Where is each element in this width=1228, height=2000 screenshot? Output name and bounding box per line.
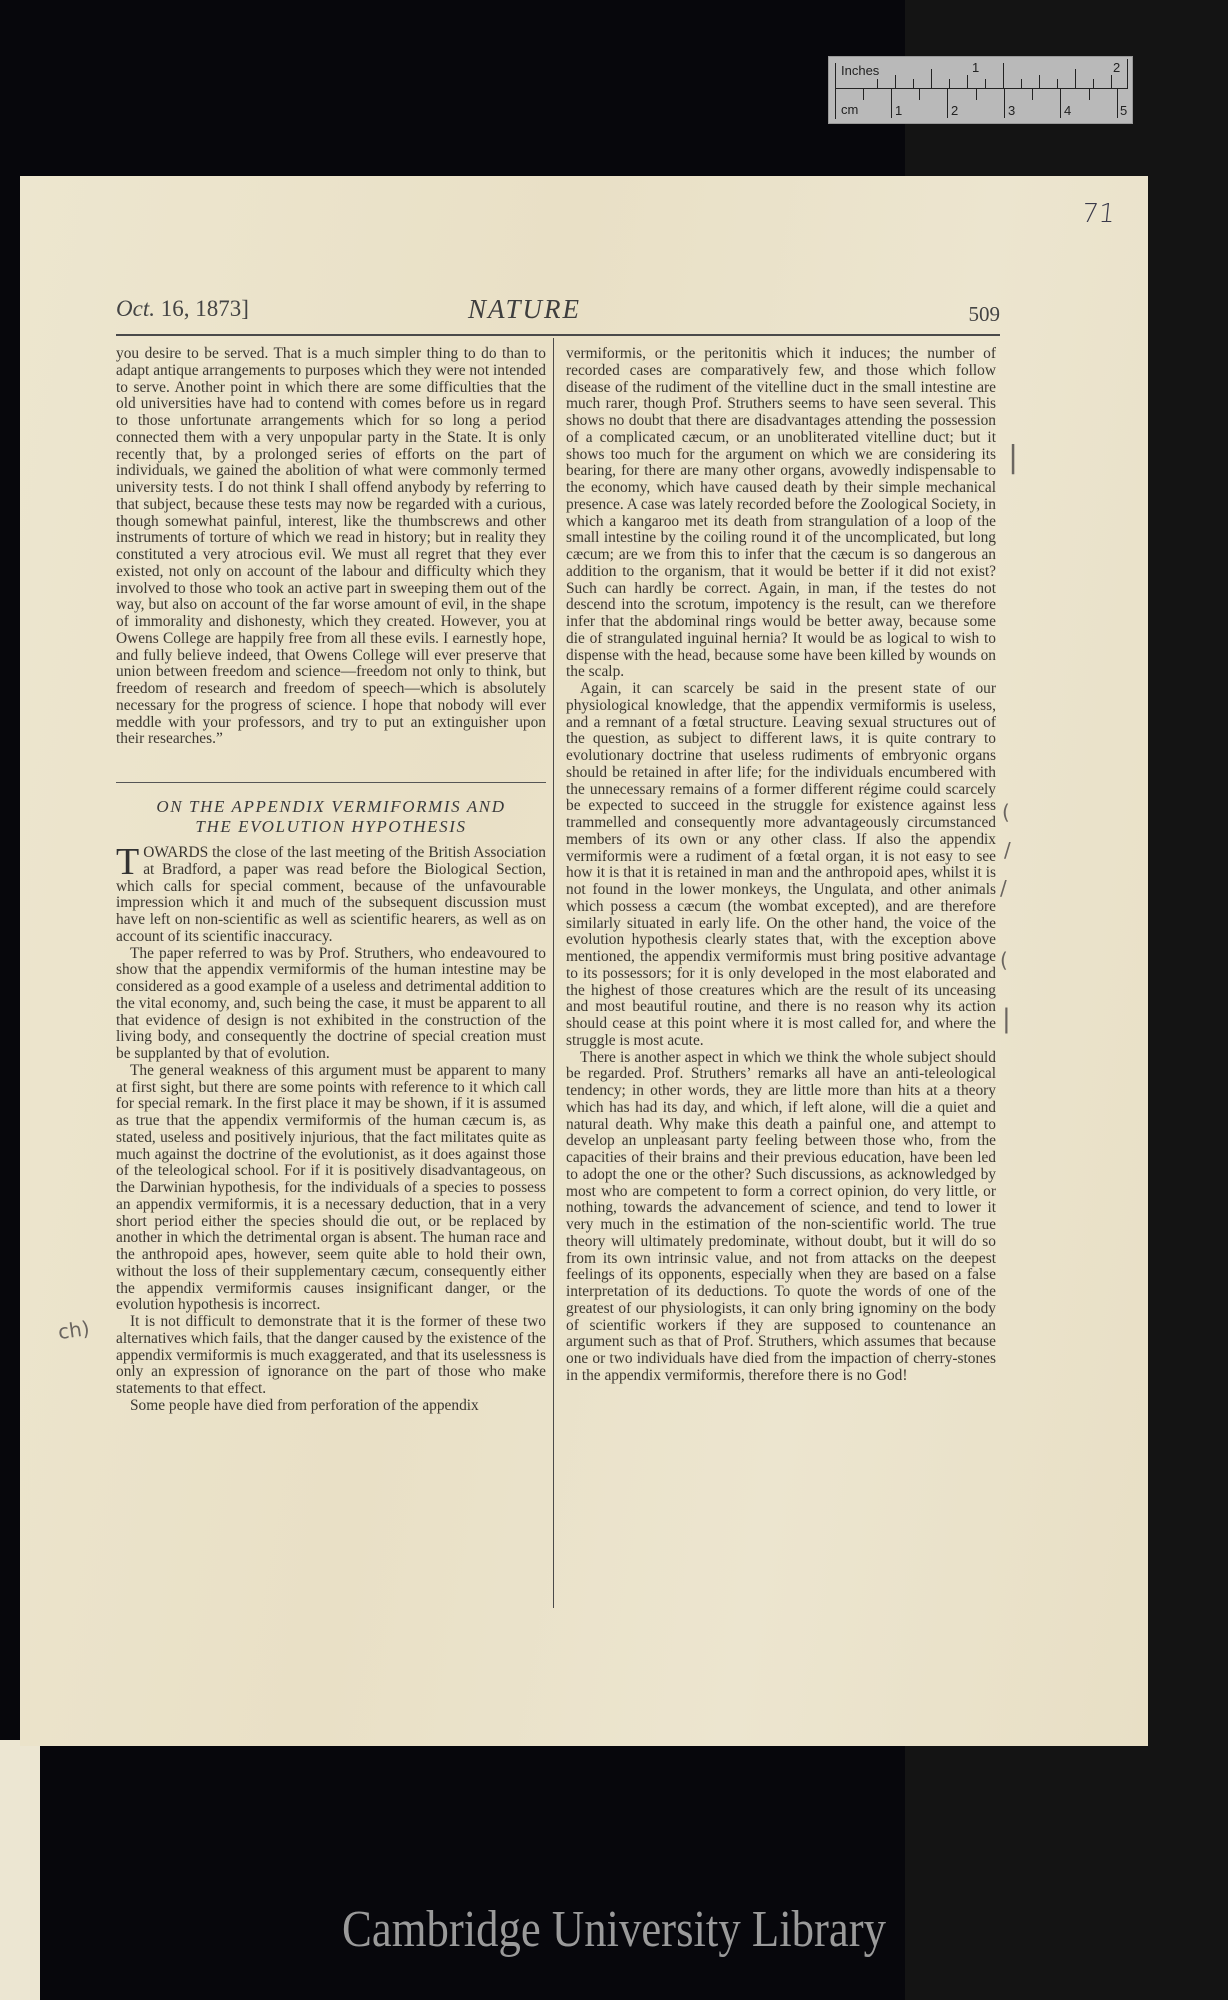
article-paragraph-1-text: OWARDS the close of the last meeting of … [116, 844, 546, 945]
scale-bar-cm-4: 4 [1064, 103, 1071, 118]
page-edge-strip [0, 1740, 40, 2000]
previous-article-continuation: you desire to be served. That is a much … [116, 346, 546, 748]
header-rule [116, 334, 1000, 336]
margin-mark-5: ( [1000, 948, 1008, 972]
margin-mark-2: ( [1002, 800, 1010, 824]
column-divider [553, 338, 554, 1608]
article-paragraph-2: The paper referred to was by Prof. Strut… [116, 946, 546, 1063]
article-title-line-1: ON THE APPENDIX VERMIFORMIS AND [116, 797, 546, 817]
issue-date-month: Oct. [116, 296, 155, 321]
running-head: Oct. 16, 1873] NATURE 509 [116, 296, 1000, 336]
article-paragraph-5: Some people have died from perforation o… [116, 1398, 546, 1415]
right-column: vermiformis, or the peritonitis which it… [566, 346, 996, 1385]
margin-annotation-left: ch) [56, 1316, 91, 1344]
scale-bar-cm-1: 1 [895, 103, 902, 118]
issue-date: Oct. 16, 1873] [116, 296, 249, 322]
margin-mark-3: / [1004, 838, 1011, 862]
article-paragraph-4: It is not difficult to demonstrate that … [116, 1314, 546, 1398]
issue-date-rest: 16, 1873] [155, 296, 249, 321]
scale-bar-cm-5: 5 [1120, 103, 1127, 118]
scale-bar: Inches cm 1 2 1 2 3 4 5 [828, 56, 1133, 124]
scale-bar-inch-2: 2 [1113, 60, 1120, 75]
journal-title: NATURE [468, 294, 581, 325]
article-paragraph-6: vermiformis, or the peritonitis which it… [566, 346, 996, 681]
scale-bar-inch-1: 1 [972, 60, 979, 75]
drop-cap: T [116, 847, 139, 877]
article-paragraph-1: TOWARDS the close of the last meeting of… [116, 845, 546, 946]
scale-bar-axis [835, 88, 1128, 89]
margin-mark-4: / [1000, 876, 1007, 900]
article-paragraph-8: There is another aspect in which we thin… [566, 1050, 996, 1385]
folio-annotation: 71 [1080, 199, 1116, 229]
article-title-line-2: THE EVOLUTION HYPOTHESIS [116, 817, 546, 837]
left-column: you desire to be served. That is a much … [116, 346, 546, 1415]
article-title: ON THE APPENDIX VERMIFORMIS AND THE EVOL… [116, 797, 546, 837]
article-paragraph-7: Again, it can scarcely be said in the pr… [566, 681, 996, 1050]
section-rule [116, 782, 546, 783]
margin-mark-1: | [1008, 440, 1018, 475]
library-watermark: Cambridge University Library [86, 1900, 1142, 1959]
scale-bar-cm-2: 2 [951, 103, 958, 118]
page-number: 509 [969, 302, 1001, 327]
scale-bar-cm-3: 3 [1008, 103, 1015, 118]
scale-bar-cm-label: cm [841, 102, 858, 117]
article-paragraph-3: The general weakness of this argument mu… [116, 1063, 546, 1314]
margin-mark-6: | [1002, 1004, 1011, 1034]
scale-bar-inches-label: Inches [841, 63, 879, 78]
